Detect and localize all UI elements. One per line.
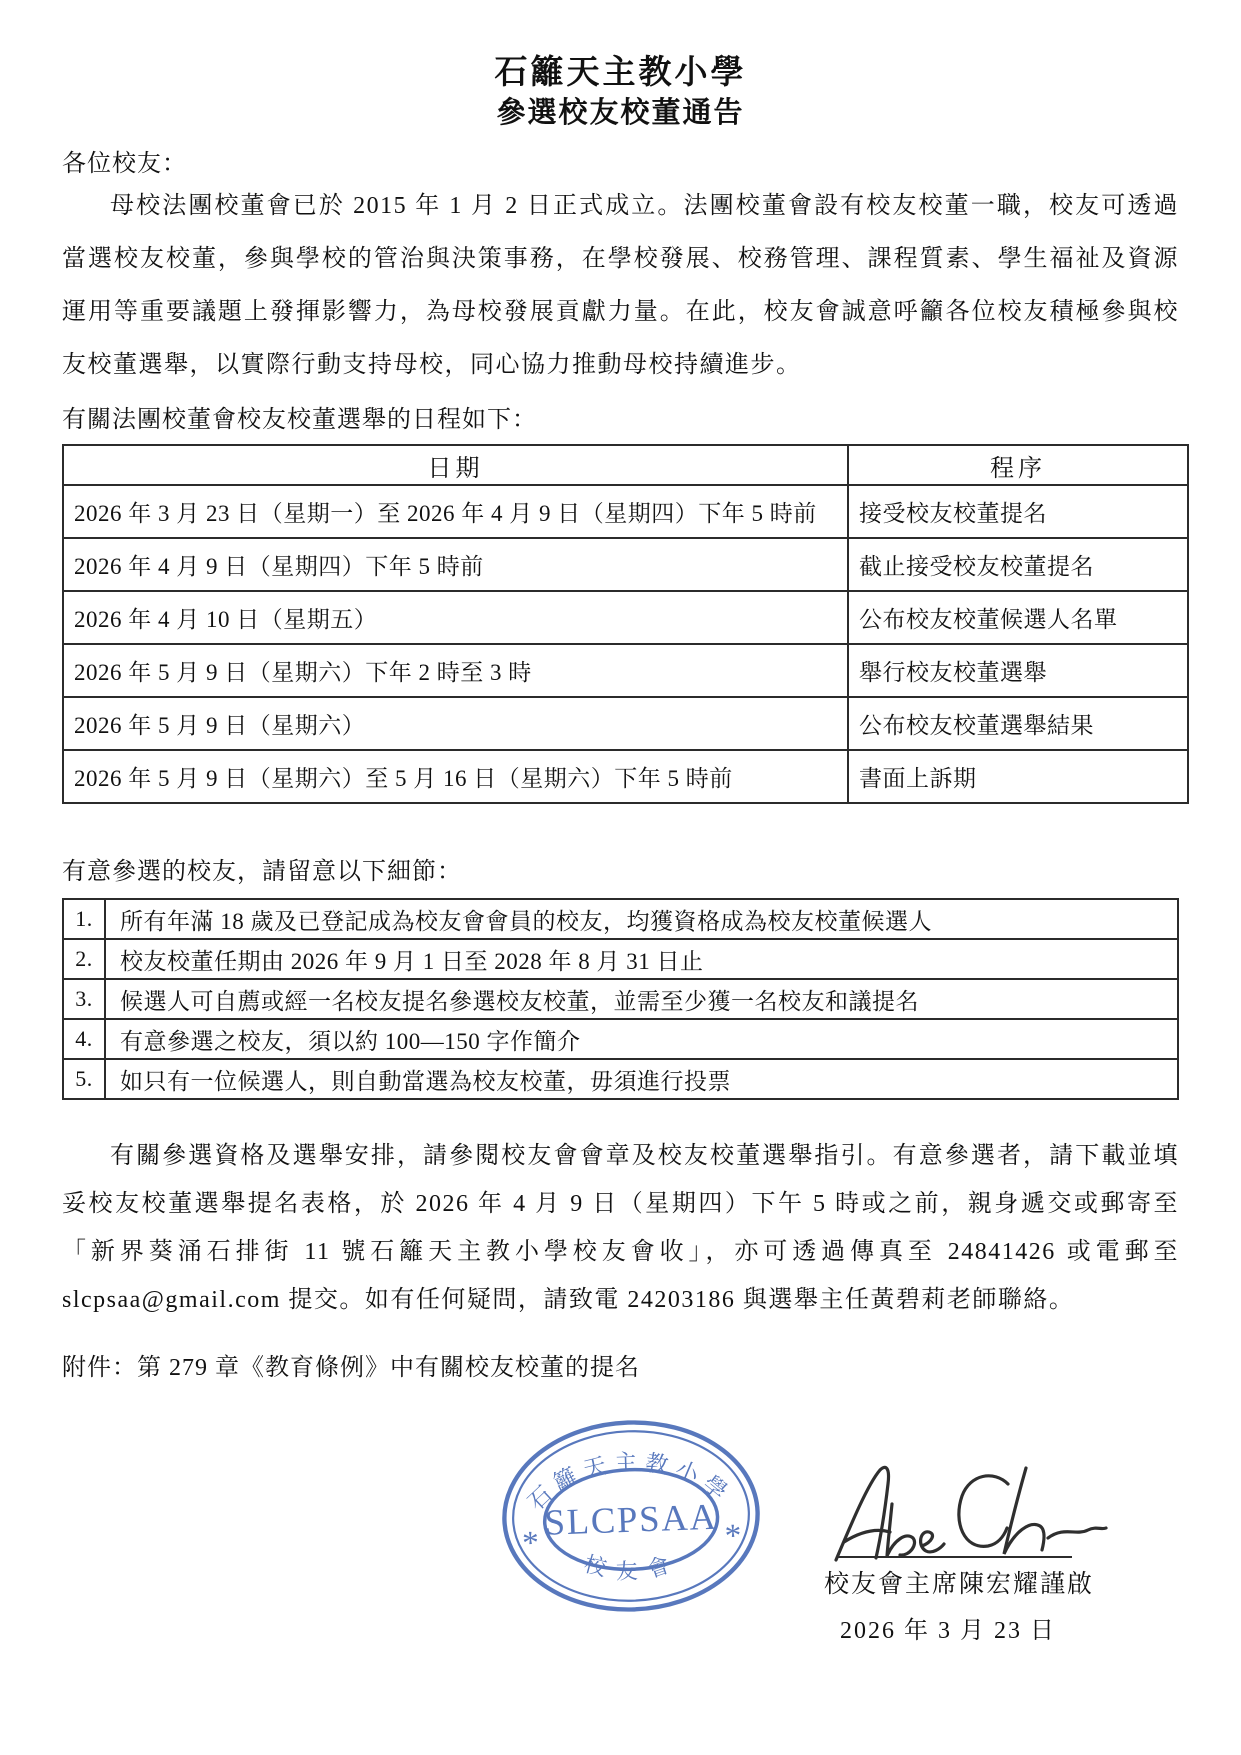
- item-text: 所有年滿 18 歲及已登記成為校友會會員的校友，均獲資格成為校友校董候選人: [105, 899, 1178, 939]
- details-list-table: 1. 所有年滿 18 歲及已登記成為校友會會員的校友，均獲資格成為校友校董候選人…: [62, 898, 1179, 1100]
- table-row: 2026 年 4 月 9 日（星期四）下年 5 時前 截止接受校友校董提名: [63, 538, 1188, 591]
- item-number: 4.: [63, 1019, 105, 1059]
- table-row: 2026 年 3 月 23 日（星期一）至 2026 年 4 月 9 日（星期四…: [63, 485, 1188, 538]
- list-item: 4. 有意參選之校友，須以約 100—150 字作簡介: [63, 1019, 1178, 1059]
- cell-date: 2026 年 5 月 9 日（星期六）: [63, 697, 848, 750]
- cell-procedure: 截止接受校友校董提名: [848, 538, 1188, 591]
- signature-area: 石籬天主教小學 SLCPSAA 校友會 * *: [62, 1392, 1179, 1722]
- item-text: 候選人可自薦或經一名校友提名參選校友校董，並需至少獲一名校友和議提名: [105, 979, 1178, 1019]
- stamp-bottom-text-container: 校友會: [581, 1549, 685, 1585]
- intro-paragraph: 母校法團校董會已於 2015 年 1 月 2 日正式成立。法團校董會設有校友校董…: [62, 180, 1179, 392]
- list-item: 2. 校友校董任期由 2026 年 9 月 1 日至 2028 年 8 月 31…: [63, 939, 1178, 979]
- cell-date: 2026 年 4 月 9 日（星期四）下年 5 時前: [63, 538, 848, 591]
- cell-date: 2026 年 3 月 23 日（星期一）至 2026 年 4 月 9 日（星期四…: [63, 485, 848, 538]
- table-row: 2026 年 4 月 10 日（星期五） 公布校友校董候選人名單: [63, 591, 1188, 644]
- item-number: 3.: [63, 979, 105, 1019]
- signature-underline: [836, 1556, 1072, 1558]
- stamp-right-asterisk-icon: *: [724, 1517, 742, 1555]
- signoff-text: 校友會主席陳宏耀謹啟: [824, 1564, 1154, 1600]
- item-number: 5.: [63, 1059, 105, 1099]
- cell-procedure: 公布校友校董選舉結果: [848, 697, 1188, 750]
- cell-procedure: 書面上訴期: [848, 750, 1188, 803]
- notice-document: 石籬天主教小學 參選校友校董通告 各位校友： 母校法團校董會已於 2015 年 …: [0, 0, 1241, 1755]
- cell-procedure: 接受校友校董提名: [848, 485, 1188, 538]
- cell-date: 2026 年 5 月 9 日（星期六）至 5 月 16 日（星期六）下年 5 時…: [63, 750, 848, 803]
- list-item: 3. 候選人可自薦或經一名校友提名參選校友校董，並需至少獲一名校友和議提名: [63, 979, 1178, 1019]
- details-intro: 有意參選的校友，請留意以下細節：: [62, 852, 1179, 892]
- item-text: 如只有一位候選人，則自動當選為校友校董，毋須進行投票: [105, 1059, 1178, 1099]
- table-row: 2026 年 5 月 9 日（星期六）下年 2 時至 3 時 舉行校友校董選舉: [63, 644, 1188, 697]
- notice-title: 參選校友校董通告: [62, 95, 1179, 131]
- alumni-association-stamp-icon: 石籬天主教小學 SLCPSAA 校友會 * *: [497, 1412, 766, 1621]
- table-row: 2026 年 5 月 9 日（星期六）至 5 月 16 日（星期六）下年 5 時…: [63, 750, 1188, 803]
- cell-date: 2026 年 4 月 10 日（星期五）: [63, 591, 848, 644]
- signature-block: 校友會主席陳宏耀謹啟 2026 年 3 月 23 日: [824, 1462, 1154, 1645]
- cell-procedure: 公布校友校董候選人名單: [848, 591, 1188, 644]
- election-schedule-table: 日期 程序 2026 年 3 月 23 日（星期一）至 2026 年 4 月 9…: [62, 444, 1189, 804]
- school-title: 石籬天主教小學: [62, 52, 1179, 95]
- handwritten-signature-icon: [830, 1462, 1110, 1562]
- salutation: 各位校友：: [62, 143, 1179, 178]
- item-text: 有意參選之校友，須以約 100—150 字作簡介: [105, 1019, 1178, 1059]
- signoff-date: 2026 年 3 月 23 日: [824, 1610, 1154, 1645]
- table-row: 2026 年 5 月 9 日（星期六） 公布校友校董選舉結果: [63, 697, 1188, 750]
- list-item: 5. 如只有一位候選人，則自動當選為校友校董，毋須進行投票: [63, 1059, 1178, 1099]
- item-text: 校友校董任期由 2026 年 9 月 1 日至 2028 年 8 月 31 日止: [105, 939, 1178, 979]
- item-number: 1.: [63, 899, 105, 939]
- stamp-acronym: SLCPSAA: [544, 1496, 719, 1543]
- header-date: 日期: [63, 445, 848, 485]
- table-header-row: 日期 程序: [63, 445, 1188, 485]
- schedule-intro: 有關法團校董會校友校董選舉的日程如下：: [62, 400, 1179, 440]
- cell-date: 2026 年 5 月 9 日（星期六）下年 2 時至 3 時: [63, 644, 848, 697]
- header-procedure: 程序: [848, 445, 1188, 485]
- stamp-left-asterisk-icon: *: [522, 1524, 540, 1562]
- attachment-line: 附件：第 279 章《教育條例》中有關校友校董的提名: [62, 1350, 1179, 1386]
- list-item: 1. 所有年滿 18 歲及已登記成為校友會會員的校友，均獲資格成為校友校董候選人: [63, 899, 1178, 939]
- cell-procedure: 舉行校友校董選舉: [848, 644, 1188, 697]
- stamp-bottom-text: 校友會: [581, 1549, 685, 1585]
- submission-paragraph: 有關參選資格及選舉安排，請參閱校友會會章及校友校董選舉指引。有意參選者，請下載並…: [62, 1132, 1179, 1324]
- item-number: 2.: [63, 939, 105, 979]
